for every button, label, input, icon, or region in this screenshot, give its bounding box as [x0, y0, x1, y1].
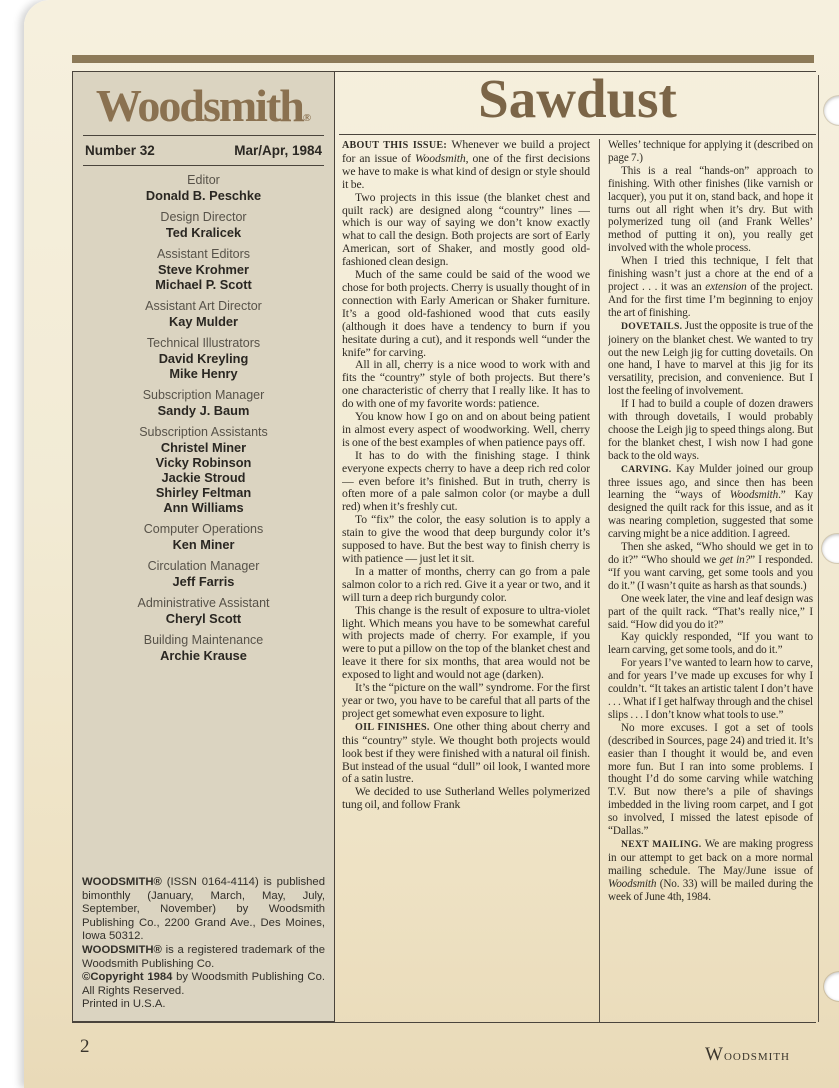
issue-row: Number 32 Mar/Apr, 1984 — [85, 136, 322, 164]
staff-role: Building Maintenance — [73, 633, 334, 648]
staff-group: Subscription ManagerSandy J. Baum — [73, 388, 334, 418]
staff-group: Subscription AssistantsChristel MinerVic… — [73, 425, 334, 515]
staff-name: Kay Mulder — [73, 314, 334, 329]
paragraph: NEXT MAILING. We are making progress in … — [608, 838, 813, 904]
paragraph: DOVETAILS. Just the opposite is true of … — [608, 320, 813, 398]
staff-name: Mike Henry — [73, 366, 334, 381]
paragraph: To “fix” the color, the easy solution is… — [342, 514, 590, 566]
issue-date: Mar/Apr, 1984 — [234, 143, 322, 158]
top-brown-bar — [72, 55, 814, 63]
paragraph: Much of the same could be said of the wo… — [342, 269, 590, 359]
punch-hole — [824, 96, 839, 125]
staff-group: Technical IllustratorsDavid KreylingMike… — [73, 336, 334, 381]
footer-rule — [72, 1022, 816, 1023]
staff-name: Michael P. Scott — [73, 277, 334, 292]
woodsmith-logo: Woodsmith® — [73, 78, 334, 134]
staff-name: Donald B. Peschke — [73, 188, 334, 203]
page-number: 2 — [80, 1036, 90, 1058]
staff-name: Steve Krohmer — [73, 262, 334, 277]
staff-group: Computer OperationsKen Miner — [73, 522, 334, 552]
paragraph: You know how I go on and on about being … — [342, 411, 590, 450]
staff-role: Subscription Manager — [73, 388, 334, 403]
staff-role: Assistant Art Director — [73, 299, 334, 314]
staff-name: David Kreyling — [73, 351, 334, 366]
staff-group: Assistant Art DirectorKay Mulder — [73, 299, 334, 329]
punch-hole — [824, 972, 839, 1001]
publication-line: WOODSMITH® is a registered trademark of … — [82, 944, 325, 971]
staff-role: Design Director — [73, 210, 334, 225]
paragraph: Kay quickly responded, “If you want to l… — [608, 631, 813, 657]
paragraph: We decided to use Sutherland Welles poly… — [342, 786, 590, 812]
publication-line: WOODSMITH® (ISSN 0164-4114) is published… — [82, 876, 325, 944]
staff-role: Circulation Manager — [73, 559, 334, 574]
staff-role: Subscription Assistants — [73, 425, 334, 440]
staff-role: Assistant Editors — [73, 247, 334, 262]
paragraph: This is a real “hands-on” approach to fi… — [608, 165, 813, 255]
paragraph: One week later, the vine and leaf design… — [608, 593, 813, 632]
paragraph: Two projects in this issue (the blanket … — [342, 192, 590, 269]
logo-text: Woodsmith — [96, 80, 303, 131]
column-divider — [599, 139, 600, 1022]
issue-number: Number 32 — [85, 143, 155, 158]
staff-role: Technical Illustrators — [73, 336, 334, 351]
staff-group: Circulation ManagerJeff Farris — [73, 559, 334, 589]
article-title: Sawdust — [339, 66, 816, 132]
publication-line: ©Copyright 1984 by Woodsmith Publishing … — [82, 971, 325, 998]
paragraph: All in all, cherry is a nice wood to wor… — [342, 359, 590, 411]
publication-line: Printed in U.S.A. — [82, 998, 325, 1012]
staff-group: Design DirectorTed Kralicek — [73, 210, 334, 240]
title-bottom-rule — [339, 134, 816, 135]
staff-list: EditorDonald B. PeschkeDesign DirectorTe… — [73, 173, 334, 663]
paragraph: It has to do with the finishing stage. I… — [342, 450, 590, 515]
paragraph: When I tried this technique, I felt that… — [608, 255, 813, 320]
staff-name: Shirley Feltman — [73, 485, 334, 500]
paragraph: If I had to build a couple of dozen draw… — [608, 398, 813, 463]
staff-name: Archie Krause — [73, 648, 334, 663]
staff-role: Computer Operations — [73, 522, 334, 537]
registered-mark: ® — [303, 112, 311, 124]
paragraph: For years I’ve wanted to learn how to ca… — [608, 657, 813, 722]
staff-name: Jackie Stroud — [73, 470, 334, 485]
publication-info: WOODSMITH® (ISSN 0164-4114) is published… — [73, 876, 334, 1012]
paragraph: This change is the result of exposure to… — [342, 605, 590, 682]
article-column-middle: ABOUT THIS ISSUE: Whenever we build a pr… — [342, 139, 590, 1019]
paragraph: No more excuses. I got a set of tools (d… — [608, 722, 813, 838]
staff-name: Vicky Robinson — [73, 455, 334, 470]
masthead-box: Woodsmith® Number 32 Mar/Apr, 1984 Edito… — [72, 71, 335, 1022]
staff-role: Administrative Assistant — [73, 596, 334, 611]
paragraph: It’s the “picture on the wall” syndrome.… — [342, 682, 590, 721]
paragraph: CARVING. Kay Mulder joined our group thr… — [608, 463, 813, 541]
article-column-right: Welles’ technique for applying it (descr… — [608, 139, 813, 1019]
right-margin-rule — [818, 75, 819, 1022]
staff-name: Ann Williams — [73, 500, 334, 515]
footer-brand: Woodsmith — [705, 1044, 790, 1066]
staff-group: Assistant EditorsSteve KrohmerMichael P.… — [73, 247, 334, 292]
paragraph: Welles’ technique for applying it (descr… — [608, 139, 813, 165]
staff-name: Jeff Farris — [73, 574, 334, 589]
punch-hole — [822, 534, 839, 563]
staff-group: EditorDonald B. Peschke — [73, 173, 334, 203]
masthead-rule — [83, 165, 324, 166]
paragraph: Then she asked, “Who should we get in to… — [608, 541, 813, 593]
staff-group: Administrative AssistantCheryl Scott — [73, 596, 334, 626]
staff-name: Christel Miner — [73, 440, 334, 455]
paragraph: OIL FINISHES. One other thing about cher… — [342, 721, 590, 787]
magazine-page: Woodsmith® Number 32 Mar/Apr, 1984 Edito… — [24, 0, 839, 1088]
staff-name: Ted Kralicek — [73, 225, 334, 240]
paragraph: In a matter of months, cherry can go fro… — [342, 566, 590, 605]
staff-name: Sandy J. Baum — [73, 403, 334, 418]
paragraph: ABOUT THIS ISSUE: Whenever we build a pr… — [342, 139, 590, 192]
staff-name: Ken Miner — [73, 537, 334, 552]
staff-role: Editor — [73, 173, 334, 188]
staff-group: Building MaintenanceArchie Krause — [73, 633, 334, 663]
staff-name: Cheryl Scott — [73, 611, 334, 626]
